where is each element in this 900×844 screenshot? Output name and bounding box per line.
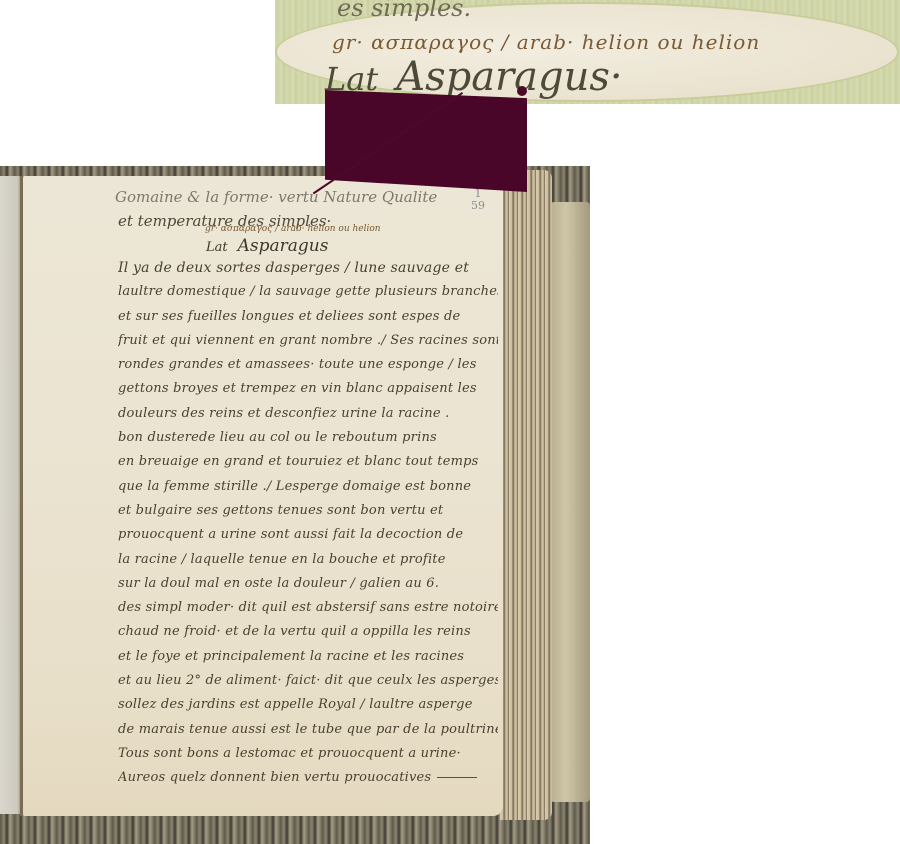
body-line: la racine / laquelle tenue en la bouche … [118, 548, 498, 572]
body-line-last-text: Aureos quelz donnent bien vertu prouocat… [118, 770, 431, 785]
callout-latin-word: Asparagus· [396, 54, 622, 100]
book-back-cover [550, 202, 590, 802]
body-line: et sur ses fueilles longues et deliees s… [118, 305, 498, 329]
body-line: et le foye et principalement la racine e… [118, 645, 498, 669]
left-page-edge [0, 176, 22, 814]
folio-number: 1 59 [471, 188, 485, 212]
callout-text-line-0: es simples. [337, 0, 471, 22]
callout-anchor-dot [517, 86, 527, 96]
body-line: des simpl moder· dit quil est abstersif … [118, 596, 498, 620]
page-header-line-1: Gomaine & la forme· vertu Nature Qualite [115, 188, 437, 206]
callout-connector-box [325, 90, 527, 192]
body-line-last: Aureos quelz donnent bien vertu prouocat… [118, 766, 498, 790]
manuscript-book: Gomaine & la forme· vertu Nature Qualite… [0, 166, 590, 844]
body-line: et au lieu 2° de aliment· faict· dit que… [118, 669, 498, 693]
manuscript-body-text: Il ya de deux sortes dasperges / lune sa… [118, 256, 498, 791]
body-line: en breuaige en grand et touruiez et blan… [118, 450, 498, 474]
body-line: et bulgaire ses gettons tenues sont bon … [118, 499, 498, 523]
body-line: gettons broyes et trempez en vin blanc a… [118, 377, 498, 401]
body-line: rondes grandes et amassees· toute une es… [118, 353, 498, 377]
manuscript-page: Gomaine & la forme· vertu Nature Qualite… [23, 176, 503, 816]
body-line: sur la doul mal en oste la douleur / gal… [118, 572, 498, 596]
latin-word: Asparagus [238, 236, 329, 256]
body-line: douleurs des reins et desconfiez urine l… [118, 402, 498, 426]
body-line: laultre domestique / la sauvage gette pl… [118, 280, 498, 304]
body-line: prouocquent a urine sont aussi fait la d… [118, 523, 498, 547]
body-line: de marais tenue aussi est le tube que pa… [118, 718, 498, 742]
page-edges [500, 170, 552, 820]
folio-number-bottom: 59 [471, 200, 485, 212]
latin-name: LatAsparagus [206, 236, 328, 256]
magnified-callout-strip: es simples. gr· ασπαραγος / arab· helion… [275, 0, 900, 104]
body-line: Il ya de deux sortes dasperges / lune sa… [118, 256, 498, 280]
greek-arabic-names: gr· ασπαραγος / arab· helion ou helion [205, 224, 381, 234]
line-filler-rule [437, 777, 477, 778]
latin-prefix: Lat [206, 240, 228, 255]
body-line: que la femme stirille ./ Lesperge domaig… [118, 475, 498, 499]
body-line: chaud ne froid· et de la vertu quil a op… [118, 620, 498, 644]
body-line: sollez des jardins est appelle Royal / l… [118, 693, 498, 717]
body-line: Tous sont bons a lestomac et prouocquent… [118, 742, 498, 766]
body-line: bon dusterede lieu au col ou le reboutum… [118, 426, 498, 450]
magnifier-ellipse: es simples. gr· ασπαραγος / arab· helion… [277, 4, 897, 100]
callout-greek-arabic-names: gr· ασπαραγος / arab· helion ou helion [332, 30, 760, 54]
body-line: fruit et qui viennent en grant nombre ./… [118, 329, 498, 353]
